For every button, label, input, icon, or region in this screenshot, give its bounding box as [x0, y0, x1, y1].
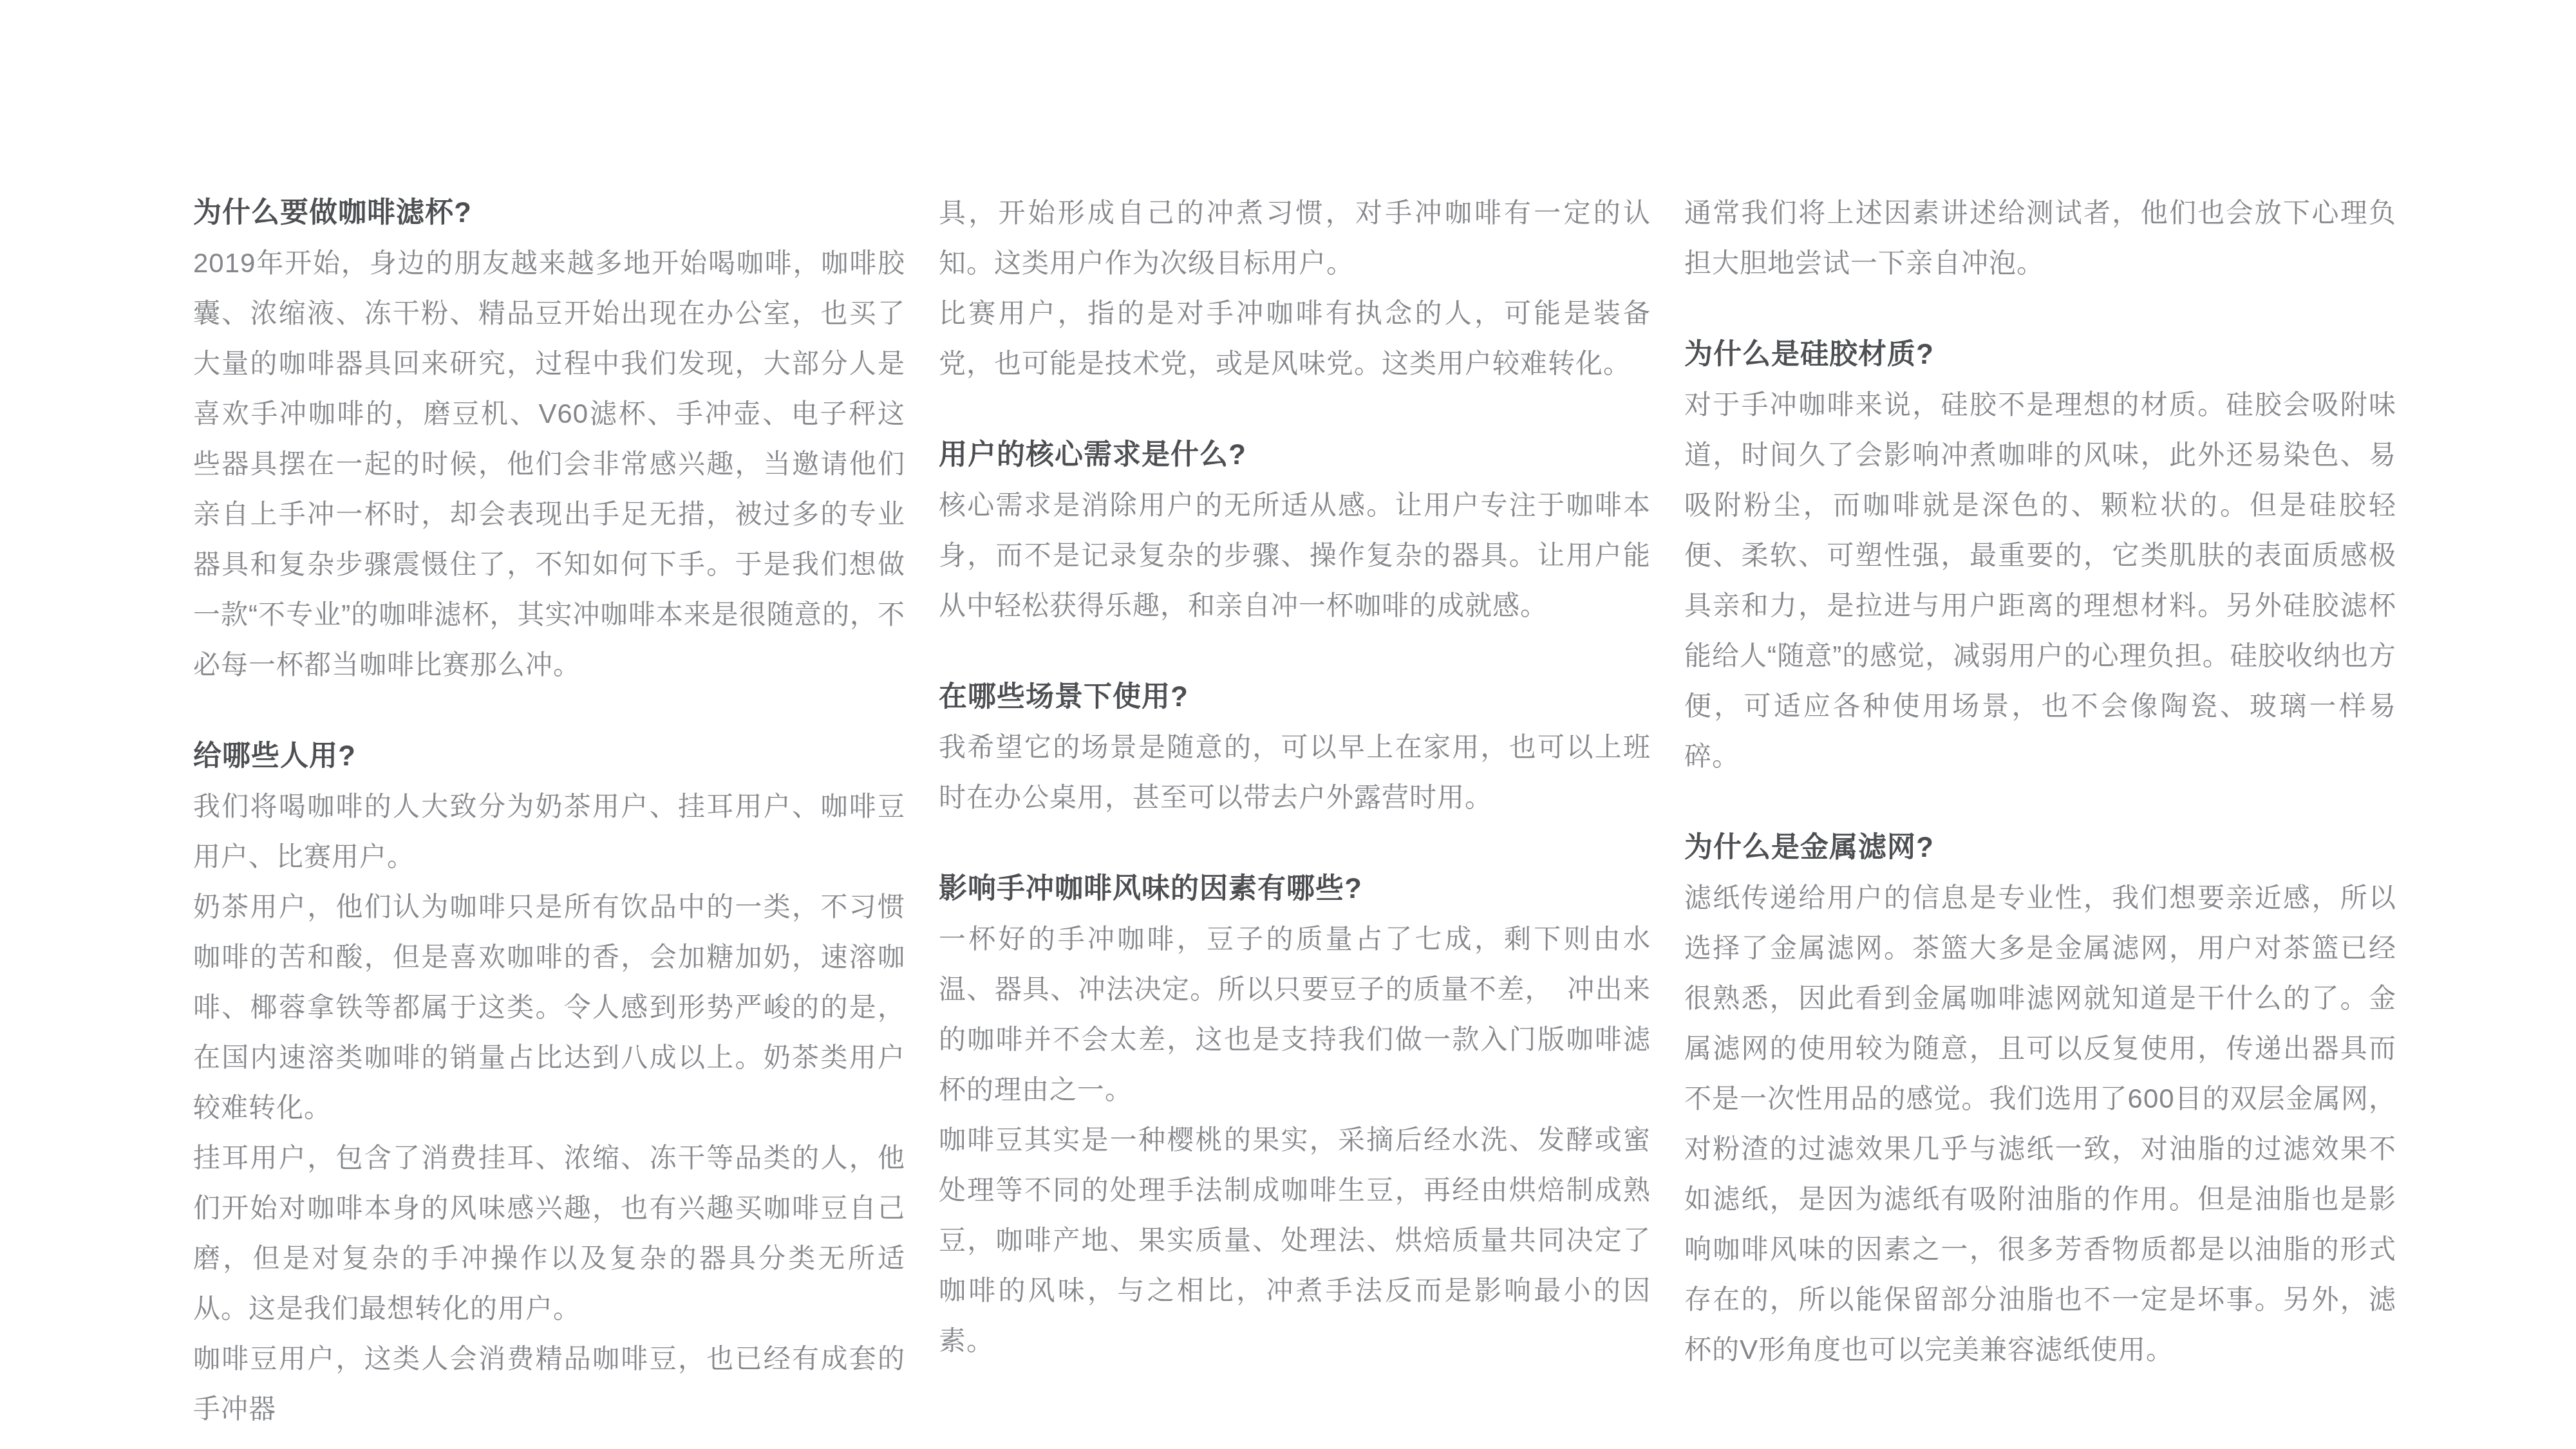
body-paragraph: 核心需求是消除用户的无所适从感。让用户专注于咖啡本身，而不是记录复杂的步骤、操作… [939, 480, 1651, 631]
heading-why-make-coffee-filter: 为什么要做咖啡滤杯? [193, 188, 905, 238]
body-paragraph: 具，开始形成自己的冲煮习惯，对手冲咖啡有一定的认知。这类用户作为次级目标用户。 [939, 188, 1651, 288]
heading-flavor-factors: 影响手冲咖啡风味的因素有哪些? [939, 864, 1651, 914]
heading-why-silicone: 为什么是硅胶材质? [1684, 330, 2396, 380]
body-paragraph: 2019年开始，身边的朋友越来越多地开始喝咖啡，咖啡胶囊、浓缩液、冻干粉、精品豆… [193, 238, 905, 690]
heading-usage-scenarios: 在哪些场景下使用? [939, 672, 1651, 722]
body-paragraph: 我们将喝咖啡的人大致分为奶茶用户、挂耳用户、咖啡豆用户、比赛用户。 [193, 781, 905, 882]
body-paragraph: 对于手冲咖啡来说，硅胶不是理想的材质。硅胶会吸附味道，时间久了会影响冲煮咖啡的风… [1684, 380, 2396, 781]
text-column-1: 为什么要做咖啡滤杯? 2019年开始，身边的朋友越来越多地开始喝咖啡，咖啡胶囊、… [193, 188, 905, 1434]
body-paragraph: 通常我们将上述因素讲述给测试者，他们也会放下心理负担大胆地尝试一下亲自冲泡。 [1684, 188, 2396, 288]
document-page: 为什么要做咖啡滤杯? 2019年开始，身边的朋友越来越多地开始喝咖啡，咖啡胶囊、… [0, 0, 2576, 1449]
body-paragraph: 比赛用户，指的是对手冲咖啡有执念的人，可能是装备党，也可能是技术党，或是风味党。… [939, 288, 1651, 389]
body-paragraph: 挂耳用户，包含了消费挂耳、浓缩、冻干等品类的人，他们开始对咖啡本身的风味感兴趣，… [193, 1133, 905, 1334]
body-paragraph: 一杯好的手冲咖啡，豆子的质量占了七成，剩下则由水温、器具、冲法决定。所以只要豆子… [939, 914, 1651, 1115]
heading-why-metal-mesh: 为什么是金属滤网? [1684, 823, 2396, 873]
body-paragraph: 咖啡豆用户，这类人会消费精品咖啡豆，也已经有成套的手冲器 [193, 1334, 905, 1434]
text-column-2: 具，开始形成自己的冲煮习惯，对手冲咖啡有一定的认知。这类用户作为次级目标用户。 … [939, 188, 1651, 1434]
body-paragraph: 奶茶用户，他们认为咖啡只是所有饮品中的一类，不习惯咖啡的苦和酸，但是喜欢咖啡的香… [193, 882, 905, 1133]
body-paragraph: 我希望它的场景是随意的，可以早上在家用，也可以上班时在办公桌用，甚至可以带去户外… [939, 722, 1651, 823]
text-column-3: 通常我们将上述因素讲述给测试者，他们也会放下心理负担大胆地尝试一下亲自冲泡。 为… [1684, 188, 2396, 1434]
body-paragraph: 咖啡豆其实是一种樱桃的果实，采摘后经水洗、发酵或蜜处理等不同的处理手法制成咖啡生… [939, 1115, 1651, 1366]
body-paragraph: 滤纸传递给用户的信息是专业性，我们想要亲近感，所以选择了金属滤网。茶篮大多是金属… [1684, 873, 2396, 1375]
article-content: 为什么要做咖啡滤杯? 2019年开始，身边的朋友越来越多地开始喝咖啡，咖啡胶囊、… [193, 188, 2396, 1434]
heading-core-needs: 用户的核心需求是什么? [939, 430, 1651, 480]
heading-target-users: 给哪些人用? [193, 731, 905, 781]
